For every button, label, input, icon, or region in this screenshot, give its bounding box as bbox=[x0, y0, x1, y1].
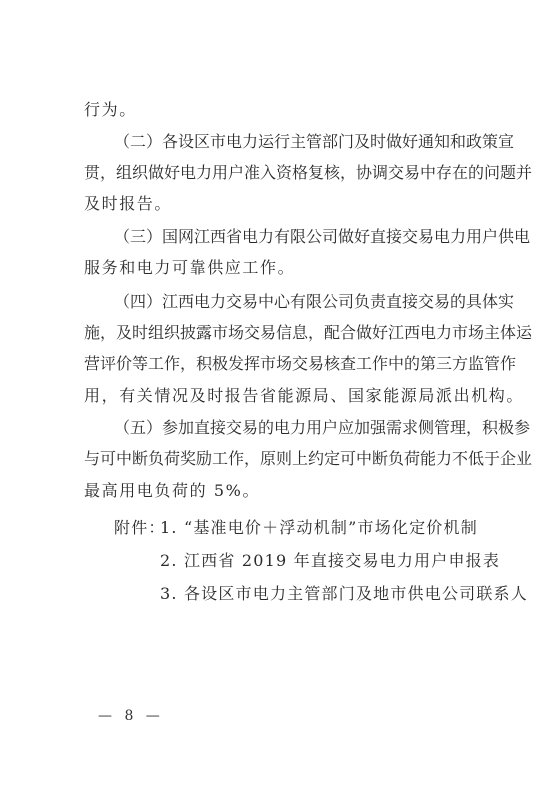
paragraph-5-line-3: 最高用电负荷的 5%。 bbox=[84, 481, 484, 501]
paragraph-2-line-1: （二）各设区市电力运行主管部门及时做好通知和政策宣 bbox=[114, 132, 484, 152]
paragraph-4-line-1: （四）江西电力交易中心有限公司负责直接交易的具体实 bbox=[114, 292, 484, 312]
paragraph-4-line-3: 营评价等工作，积极发挥市场交易核查工作中的第三方监管作 bbox=[84, 354, 484, 374]
paragraph-2-line-2: 贯，组织做好电力用户准入资格复核，协调交易中存在的问题并 bbox=[84, 163, 484, 183]
paragraph-line: 行为。 bbox=[84, 100, 484, 120]
attachment-item-2: 2. 江西省 2019 年直接交易电力用户申报表 bbox=[160, 551, 500, 571]
paragraph-2-line-3: 及时报告。 bbox=[84, 194, 484, 214]
paragraph-4-line-4: 用，有关情况及时报告省能源局、国家能源局派出机构。 bbox=[84, 386, 484, 406]
paragraph-3-line-1: （三）国网江西省电力有限公司做好直接交易电力用户供电 bbox=[114, 227, 484, 247]
paragraph-3-line-2: 服务和电力可靠供应工作。 bbox=[84, 258, 484, 278]
page-number: — 8 — bbox=[98, 707, 164, 725]
paragraph-5-line-2: 与可中断负荷奖励工作，原则上约定可中断负荷能力不低于企业 bbox=[84, 449, 484, 469]
paragraph-5-line-1: （五）参加直接交易的电力用户应加强需求侧管理，积极参 bbox=[114, 418, 484, 438]
attachments-label: 附件： bbox=[114, 518, 166, 538]
attachment-item-3: 3. 各设区市电力主管部门及地市供电公司联系人 bbox=[160, 584, 528, 604]
paragraph-4-line-2: 施，及时组织披露市场交易信息，配合做好江西电力市场主体运 bbox=[84, 323, 484, 343]
document-page: 行为。 （二）各设区市电力运行主管部门及时做好通知和政策宣 贯，组织做好电力用户… bbox=[0, 0, 560, 791]
attachment-item-1: 1. “基准电价＋浮动机制”市场化定价机制 bbox=[160, 518, 478, 538]
